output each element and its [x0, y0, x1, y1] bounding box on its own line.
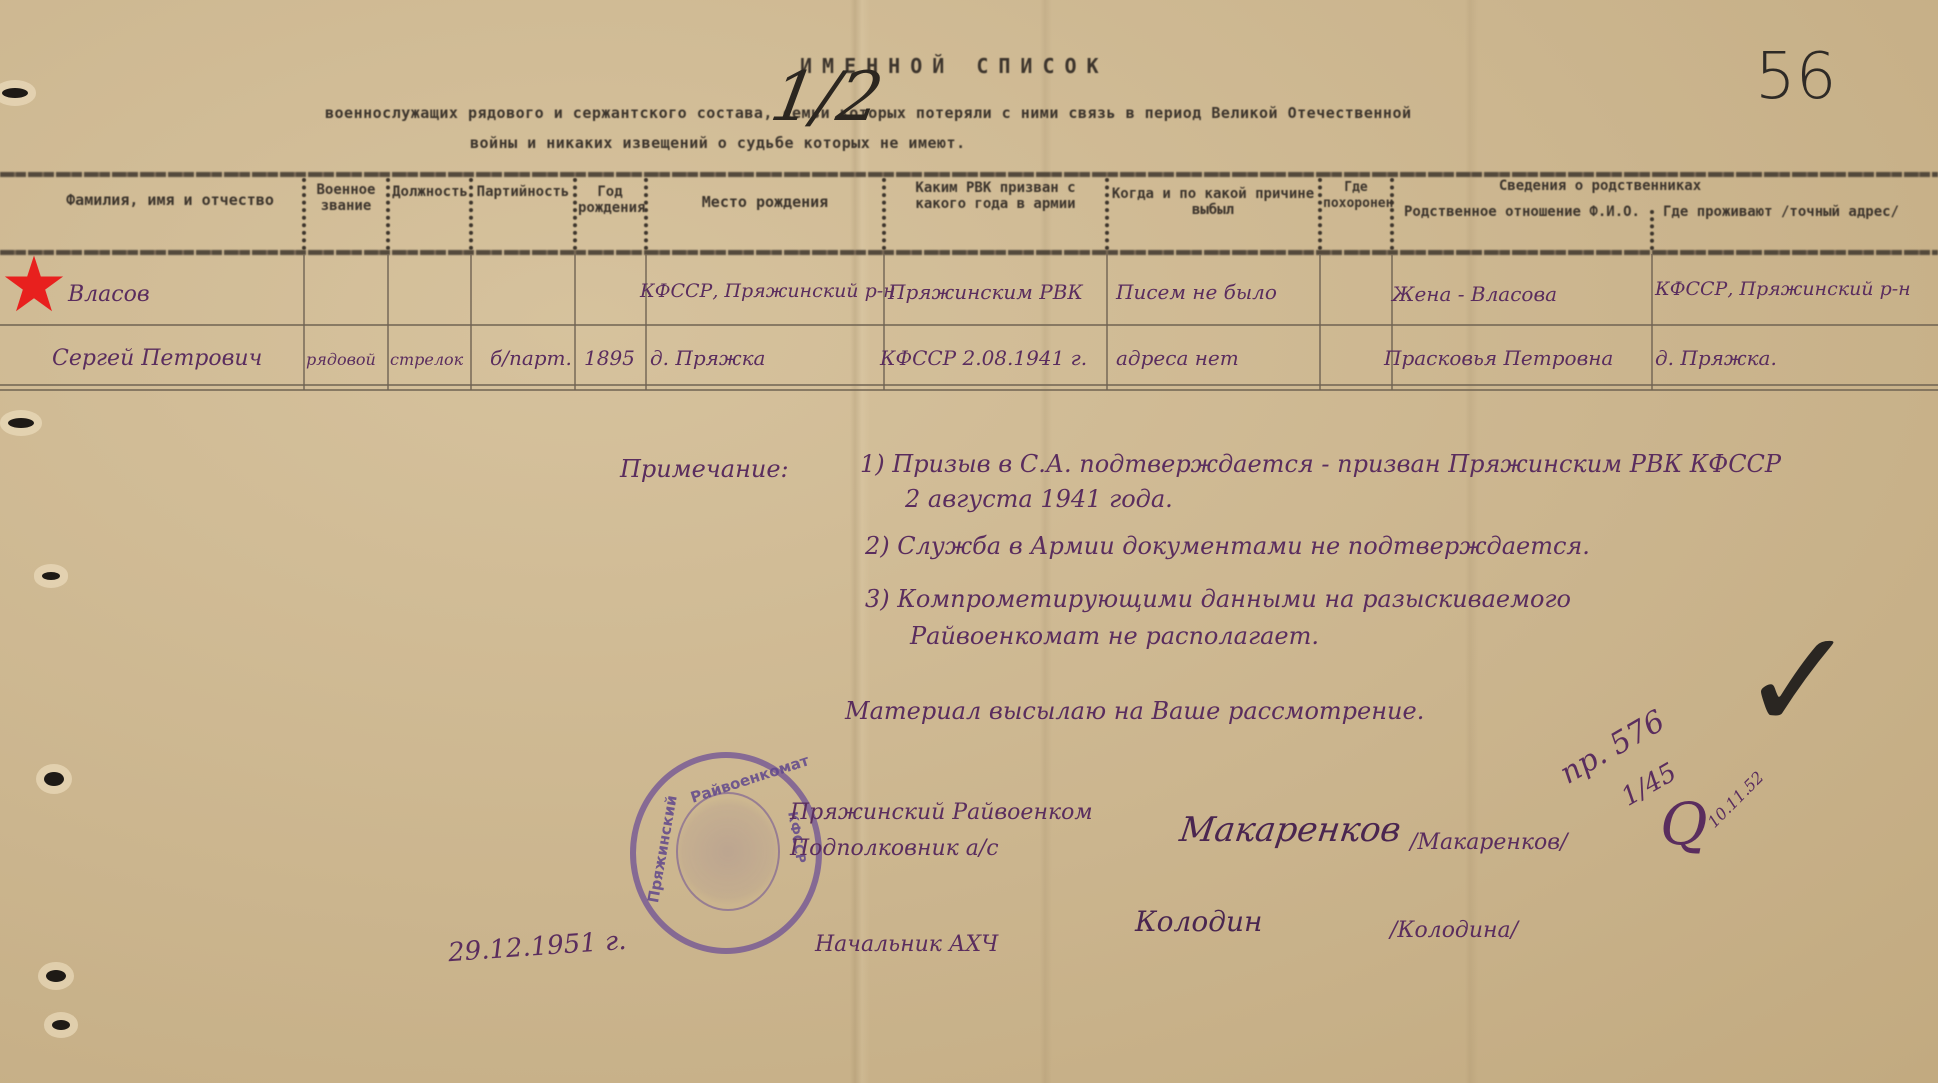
cell-position: стрелок [390, 350, 463, 369]
table-top-rule [0, 172, 1938, 177]
row-divider [0, 384, 1938, 386]
commissar-title-line1: Пряжинский Райвоенком [790, 800, 1093, 825]
cell-dropout-line1: Писем не было [1116, 280, 1277, 304]
header-separator [644, 178, 652, 250]
header-position: Должность [392, 184, 468, 200]
chief-name: /Колодина/ [1390, 918, 1518, 943]
page-number: 56 [1755, 40, 1836, 114]
document-subtitle-line2: войны и никаких извещений о судьбе котор… [470, 134, 966, 152]
archive-mark: 1/2 [765, 58, 888, 137]
header-party: Партийность [475, 184, 571, 200]
cell-birthplace-line2: д. Пряжка [650, 346, 765, 370]
checkmark-icon: ✓ [1740, 600, 1857, 763]
header-conscription: Каким РВК призван с какого года в армии [888, 180, 1103, 212]
table-header-rule [0, 250, 1938, 255]
row-divider [0, 389, 1938, 391]
header-residence: Где проживают /точный адрес/ [1656, 204, 1906, 220]
cell-residence-line2: д. Пряжка. [1655, 346, 1777, 370]
chief-signature: Колодин [1135, 905, 1262, 938]
note-item-2: 2) Служба в Армии документами не подтвер… [865, 532, 1590, 560]
note-item-3-cont: Райвоенкомат не располагает. [910, 622, 1319, 650]
binder-hole [52, 1020, 70, 1030]
header-relatives-group: Сведения о родственниках [1400, 178, 1800, 194]
header-buried: Где похоронен [1323, 180, 1389, 212]
cell-conscription-line2: КФССР 2.08.1941 г. [880, 346, 1087, 370]
cell-party: б/парт. [490, 346, 572, 370]
note-item-3: 3) Компрометирующими данными на разыскив… [865, 585, 1571, 613]
cell-rank: рядовой [306, 350, 376, 369]
column-line [1319, 254, 1321, 390]
binder-hole [44, 772, 64, 786]
commissar-signature: Макаренков [1177, 810, 1403, 850]
commissar-title-line2: Подполковник а/с [790, 836, 999, 861]
note-item-1: 1) Призыв в С.А. подтверждается - призва… [860, 450, 1781, 478]
column-line [1651, 254, 1653, 390]
binder-hole [2, 88, 28, 98]
cell-relation-line1: Жена - Власова [1392, 282, 1557, 306]
binder-hole [46, 970, 66, 982]
header-birthplace: Место рождения [650, 194, 880, 210]
document-date: 29.12.1951 г. [447, 926, 627, 968]
column-line [574, 254, 576, 390]
cell-birthplace-line1: КФССР, Пряжинский р-н [640, 280, 896, 302]
header-birth-year: Год рождения [578, 184, 642, 216]
cell-residence-line1: КФССР, Пряжинский р-н [1655, 278, 1911, 300]
resolution-initials: Q [1660, 790, 1708, 858]
header-relation: Родственное отношение Ф.И.О. [1395, 204, 1649, 220]
red-star-icon [3, 253, 65, 315]
note-item-1-cont: 2 августа 1941 года. [905, 485, 1173, 513]
header-rank: Военное звание [308, 182, 384, 214]
closing-line: Материал высылаю на Ваше рассмотрение. [845, 697, 1424, 725]
column-line [303, 254, 305, 390]
commissar-name: /Макаренков/ [1410, 830, 1568, 855]
binder-hole [8, 418, 34, 428]
header-name: Фамилия, имя и отчество [40, 192, 300, 208]
column-line [1106, 254, 1108, 390]
cell-birth-year: 1895 [584, 346, 635, 370]
binder-hole [42, 572, 60, 580]
stamp-emblem [676, 792, 780, 911]
chief-title: Начальник АХЧ [815, 932, 998, 957]
column-line [645, 254, 647, 390]
notes-label: Примечание: [620, 455, 789, 483]
cell-conscription-line1: Пряжинским РВК [888, 280, 1083, 304]
resolution-number: 10.11.52 [1704, 768, 1768, 832]
column-line [387, 254, 389, 390]
cell-dropout-line2: адреса нет [1116, 346, 1239, 370]
soldier-list-table: Фамилия, имя и отчество Военное звание Д… [0, 170, 1938, 388]
column-line [470, 254, 472, 390]
row-divider [0, 324, 1938, 326]
cell-given-names: Сергей Петрович [52, 346, 262, 371]
header-dropout: Когда и по какой причине выбыл [1110, 186, 1316, 218]
cell-surname: Власов [68, 282, 150, 307]
cell-relation-line2: Прасковья Петровна [1384, 346, 1613, 370]
